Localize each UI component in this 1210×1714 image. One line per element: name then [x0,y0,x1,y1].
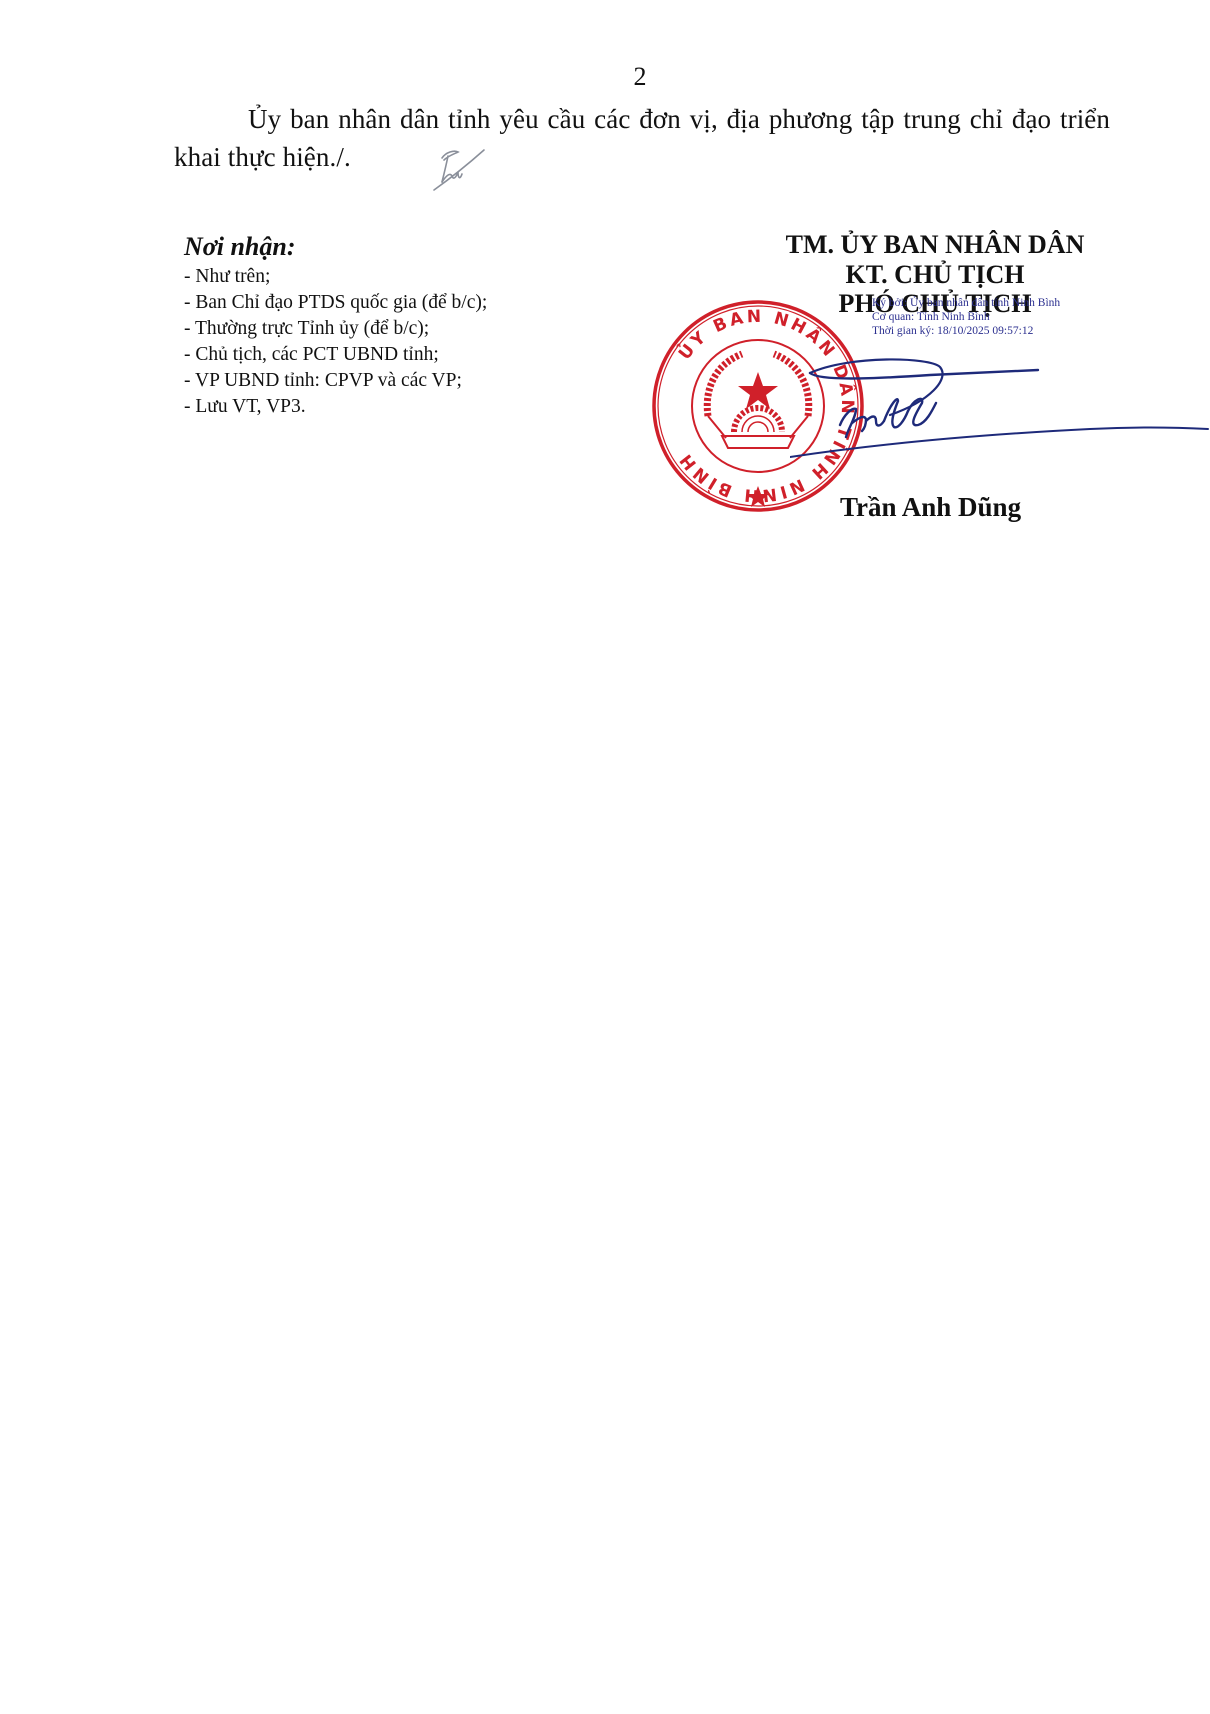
recipient-item: - Lưu VT, VP3. [184,394,604,420]
digital-signature-time: Thời gian ký: 18/10/2025 09:57:12 [872,324,1060,338]
recipient-item: - Ban Chỉ đạo PTDS quốc gia (để b/c); [184,290,604,316]
digital-signature-organization: Cơ quan: Tỉnh Ninh Bình [872,310,1060,324]
recipient-item: - Chủ tịch, các PCT UBND tỉnh; [184,342,604,368]
recipient-item: - VP UBND tỉnh: CPVP và các VP; [184,368,604,394]
closing-paragraph: Ủy ban nhân dân tỉnh yêu cầu các đơn vị,… [174,100,1110,176]
recipients-list: - Như trên; - Ban Chỉ đạo PTDS quốc gia … [184,264,604,420]
signature-title-line1: TM. ỦY BAN NHÂN DÂN [760,230,1110,260]
recipient-item: - Thường trực Tỉnh ủy (để b/c); [184,316,604,342]
digital-signature-info: Ký bởi: Ủy ban nhân dân tỉnh Ninh Bình C… [872,296,1060,338]
page-number: 2 [0,62,1210,92]
signature-title-line2: KT. CHỦ TỊCH [760,260,1110,290]
recipients-section: Nơi nhận: - Như trên; - Ban Chỉ đạo PTDS… [184,232,604,420]
recipients-title: Nơi nhận: [184,232,604,262]
signer-name: Trần Anh Dũng [840,492,1021,523]
recipient-item: - Như trên; [184,264,604,290]
handwritten-initials-icon [428,142,488,194]
digital-signature-signed-by: Ký bởi: Ủy ban nhân dân tỉnh Ninh Bình [872,296,1060,310]
handwritten-signature-icon [790,345,1210,465]
